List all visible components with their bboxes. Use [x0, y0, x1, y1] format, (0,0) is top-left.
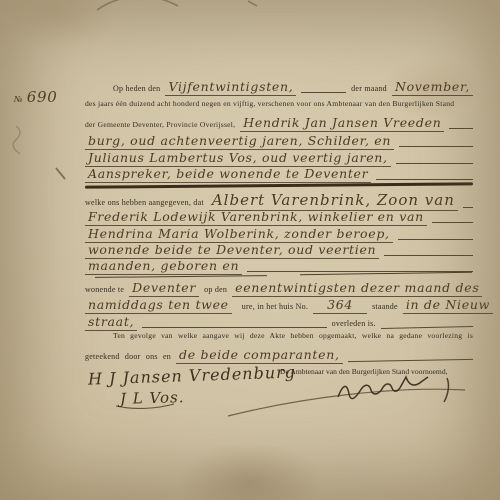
- handwritten-death-day: eenentwintigsten dezer maand des: [232, 280, 482, 297]
- witness1-signature: H J Jansen Vredenburg: [88, 362, 297, 388]
- act-line-year: des jaars één duizend acht honderd negen…: [85, 99, 473, 108]
- top-tick-mark: [248, 1, 257, 6]
- form-rule: [399, 146, 473, 147]
- act-line-opening: Op heden den Vijfentwintigsten, der maan…: [85, 79, 473, 96]
- act-line-parents-residence: wonende beide te Deventer, oud veertien: [85, 242, 473, 259]
- handwritten-declarant2-details: Julianus Lambertus Vos, oud veertig jare…: [85, 150, 391, 167]
- printed-der-maand: der maand: [351, 84, 387, 93]
- printed-staande: staande: [372, 302, 398, 311]
- form-rule: [301, 92, 346, 93]
- act-line-municipality: der Gemeente Deventer, Provincie Overijs…: [85, 115, 473, 132]
- handwritten-parents-residence: wonende beide te Deventer, oud veertien: [85, 242, 379, 259]
- printed-op-heden-den: Op heden den: [113, 84, 160, 93]
- handwritten-month: November,: [392, 79, 473, 96]
- form-rule: [381, 326, 473, 329]
- handwritten-street-part2: straat,: [85, 314, 137, 331]
- printed-op-den: op den: [204, 285, 227, 294]
- act-line-father: Frederik Lodewijk Varenbrink, winkelier …: [85, 209, 473, 226]
- act-number: № 690: [14, 88, 57, 106]
- act-line-declarants-residence: Aanspreker, beide wonende te Deventer: [85, 166, 473, 183]
- form-rule: [348, 359, 473, 362]
- act-line-death-hour: namiddags ten twee ure, in het huis No. …: [85, 297, 473, 314]
- form-rule: [384, 255, 473, 256]
- handwritten-house-number: 364: [313, 297, 367, 314]
- handwritten-declarant1-details: burg, oud achtenveertig jaren, Schilder,…: [85, 133, 394, 150]
- handwritten-deceased-name: Albert Varenbrink, Zoon van: [209, 191, 458, 211]
- act-line-overleden: straat, overleden is.: [85, 314, 473, 331]
- witness2-signature: J L Vos.: [120, 388, 185, 408]
- handwritten-street-part1: in de Nieuw: [403, 297, 493, 314]
- form-rule: [432, 222, 473, 223]
- act-line-death-date: wonende te Deventer op den eenentwintigs…: [85, 280, 473, 297]
- form-rule: [396, 163, 473, 164]
- handwritten-declarants-residence: Aanspreker, beide wonende te Deventer: [85, 166, 371, 183]
- printed-year-line: des jaars één duizend acht honderd negen…: [85, 99, 454, 108]
- act-line-closing2: geteekend door ons en de beide comparant…: [85, 347, 473, 364]
- act-line-mother: Hendrina Maria Wolberink, zonder beroep,: [85, 226, 473, 243]
- act-line-declarant2: Julianus Lambertus Vos, oud veertig jare…: [85, 150, 473, 167]
- printed-geteekend: geteekend door ons en: [85, 352, 171, 361]
- form-rule: [398, 239, 473, 240]
- margin-tick-mark: [56, 168, 65, 179]
- form-rule: [376, 179, 473, 180]
- registrar-signature: [228, 377, 465, 416]
- printed-aangegeven-dat: welke ons hebben aangegeven, dat: [85, 198, 204, 207]
- printed-gemeente: der Gemeente Deventer, Provincie Overijs…: [85, 120, 235, 129]
- death-certificate-scan: № 690 Op heden den Vijfentwintigsten, de…: [0, 0, 500, 500]
- form-rule: [449, 128, 473, 129]
- act-line-declarant1: burg, oud achtenveertig jaren, Schilder,…: [85, 133, 473, 150]
- registrar-title: De Ambtenaar van den Burgerlijken Stand …: [280, 367, 448, 376]
- handwritten-mother: Hendrina Maria Wolberink, zonder beroep,: [85, 226, 393, 243]
- handwritten-day: Vijfentwintigsten,: [165, 79, 296, 96]
- handwritten-declarant1-name: Hendrik Jan Jansen Vreeden: [240, 115, 444, 132]
- margin-squiggle: [13, 126, 20, 154]
- handwritten-father: Frederik Lodewijk Varenbrink, winkelier …: [85, 209, 427, 226]
- printed-overleden-is: overleden is.: [332, 319, 376, 328]
- handwritten-death-place: Deventer: [129, 280, 199, 297]
- act-number-value: 690: [27, 88, 58, 106]
- act-line-deceased: welke ons hebben aangegeven, dat Albert …: [85, 191, 473, 211]
- printed-wonende-te: wonende te: [85, 285, 124, 294]
- act-line-closing1: Ten gevolge van welke aangave wij deze A…: [85, 331, 473, 340]
- top-flourish: [97, 0, 178, 10]
- handwritten-age: maanden, geboren en: [85, 258, 242, 275]
- form-rule: [463, 207, 473, 208]
- handwritten-comparanten: de beide comparanten,: [176, 347, 343, 364]
- form-rule: [142, 327, 326, 328]
- printed-ten-gevolge: Ten gevolge van welke aangave wij deze A…: [113, 331, 473, 340]
- blank-form-rule: [95, 275, 267, 278]
- printed-ure-huis-no: ure, in het huis No.: [242, 302, 308, 311]
- section-separator-stroke: [85, 182, 473, 188]
- act-number-label: №: [14, 94, 23, 104]
- handwritten-death-hour: namiddags ten twee: [85, 297, 232, 314]
